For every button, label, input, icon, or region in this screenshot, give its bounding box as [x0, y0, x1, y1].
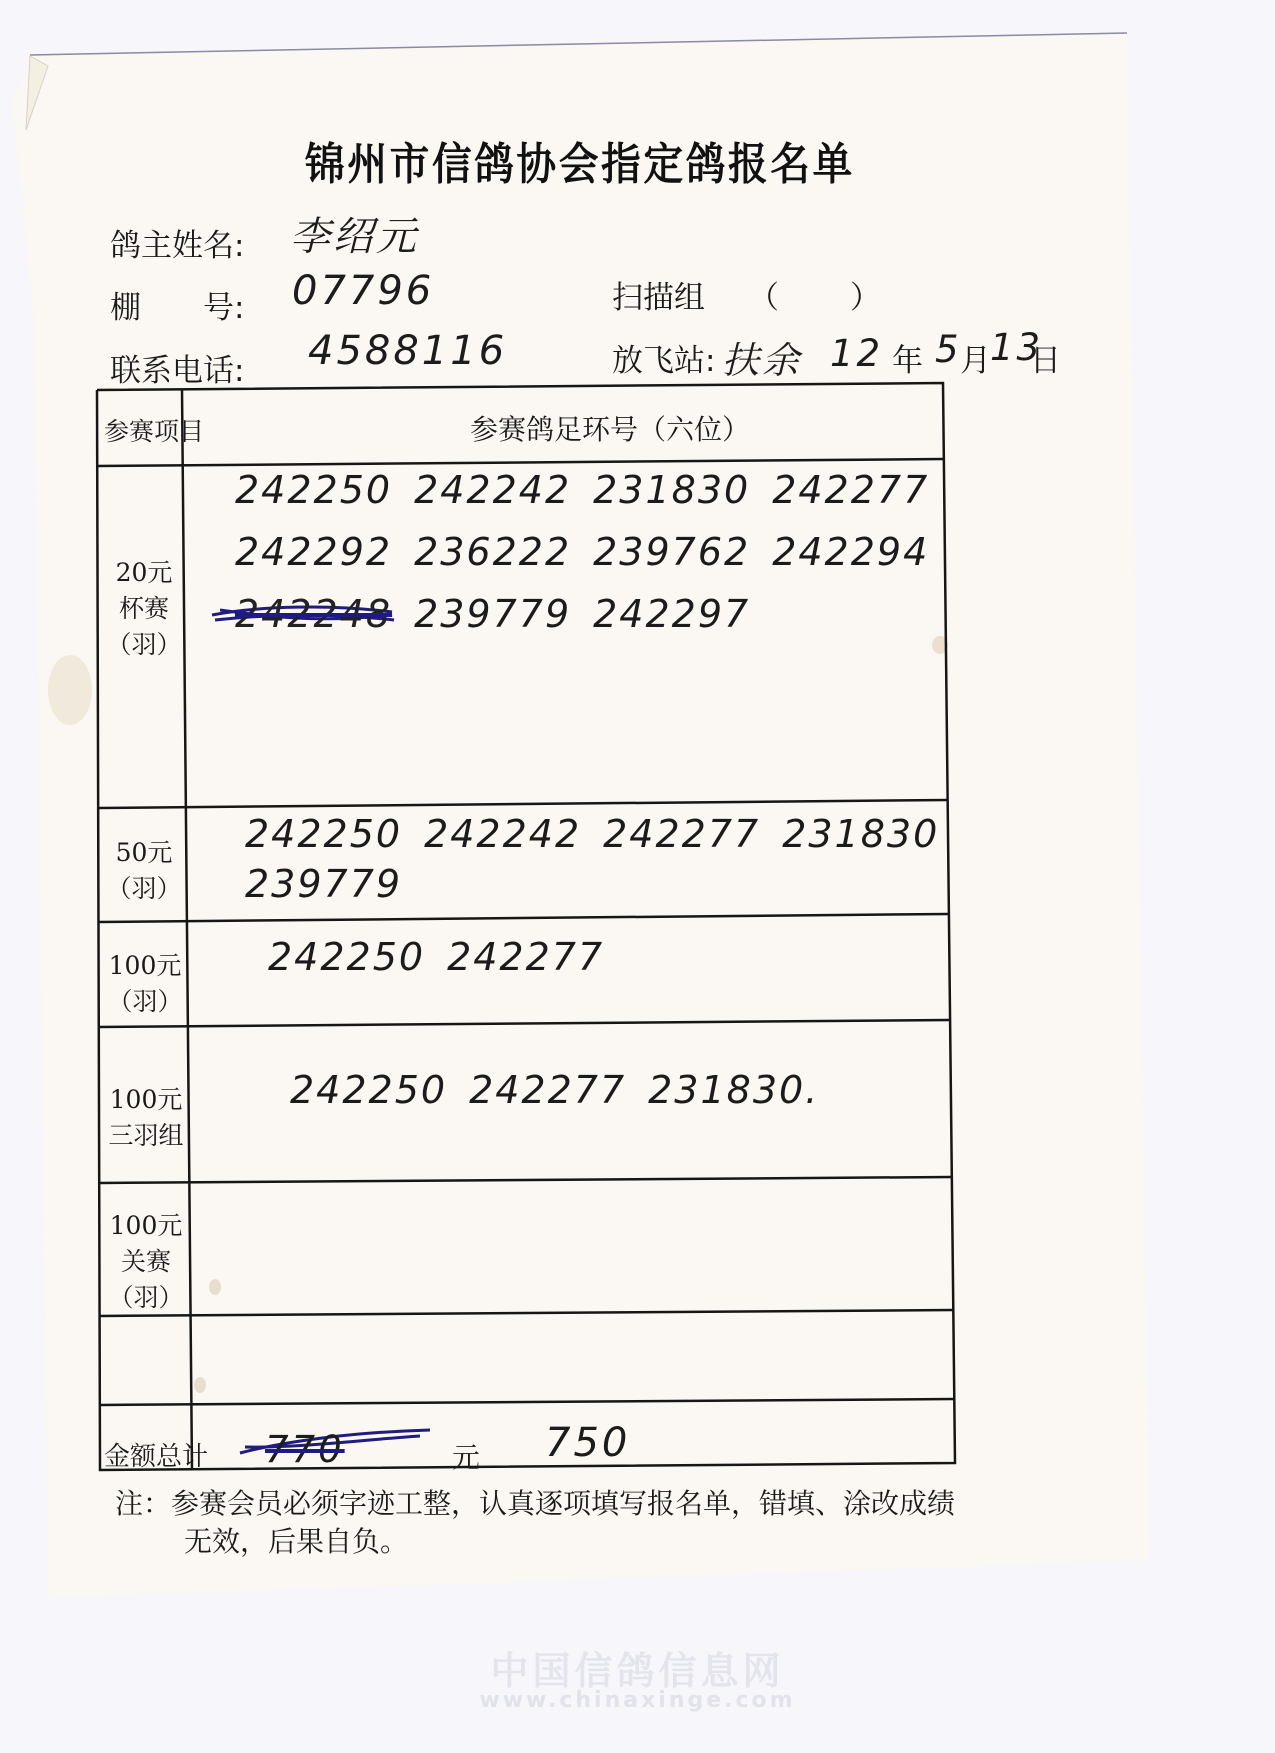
category-label-line: 三羽组	[104, 1118, 188, 1154]
ring-number-line: 242250242242242277231830	[245, 812, 961, 856]
release-station-value[interactable]: 扶余	[722, 330, 802, 384]
ring-number[interactable]: 242277	[447, 935, 604, 979]
date-year-label: 年	[892, 335, 923, 380]
ring-number[interactable]: 239779	[245, 862, 402, 906]
ring-number-line: 242250242277	[268, 935, 626, 979]
owner-name-value[interactable]: 李绍元	[290, 205, 419, 262]
header-category: 参赛项目	[104, 412, 204, 448]
date-month-value[interactable]: 5	[935, 328, 962, 371]
ring-number-line: 239779	[245, 862, 424, 906]
form-title: 锦州市信鸽协会指定鸽报名单	[58, 128, 1102, 192]
total-value[interactable]: 750	[545, 1420, 630, 1466]
ring-number[interactable]: 242242	[424, 812, 581, 856]
category-label: 50元（羽）	[104, 835, 184, 907]
category-label-line: 20元	[104, 555, 184, 591]
ring-number[interactable]: 242292	[235, 530, 392, 574]
ring-number-line: 242250242242231830242277	[235, 468, 951, 512]
category-label-line: 50元	[104, 835, 184, 871]
category-label-line: （羽）	[104, 1280, 188, 1316]
form-sheet: 锦州市信鸽协会指定鸽报名单 鸽主姓名: 李绍元 棚 号: 07796 联系电话:…	[0, 0, 1275, 1753]
category-label-line: 100元	[104, 1082, 188, 1118]
total-label: 金额总计	[104, 1436, 208, 1473]
category-label-line: 杯赛	[104, 591, 184, 627]
date-month-label: 月	[960, 335, 991, 380]
release-station-label: 放飞站:	[612, 335, 715, 380]
scan-group-open-paren: （	[748, 272, 779, 317]
ring-number-struck[interactable]: 242248	[235, 592, 392, 636]
scan-group-label: 扫描组	[612, 272, 705, 317]
category-label-line: （羽）	[104, 627, 184, 663]
category-label: 100元关赛（羽）	[104, 1208, 188, 1316]
scan-group-close-paren: ）	[850, 272, 881, 317]
ring-number[interactable]: 242277	[603, 812, 760, 856]
total-struck-value: 770	[265, 1428, 345, 1471]
ring-number-line: 242250242277231830.	[290, 1068, 841, 1112]
phone-value[interactable]: 4588116	[308, 328, 507, 374]
ring-number[interactable]: 242277	[772, 468, 929, 512]
loft-no-label: 棚 号:	[110, 282, 244, 327]
ring-number[interactable]: 231830	[593, 468, 750, 512]
owner-name-label: 鸽主姓名:	[110, 220, 244, 265]
category-label-line: 关赛	[104, 1244, 188, 1280]
watermark-site-name: 中国信鸽信息网	[0, 1640, 1275, 1695]
note-line-2: 无效，后果自负。	[184, 1523, 408, 1561]
ring-number[interactable]: 242250	[235, 468, 392, 512]
watermark-url: www.chinaxinge.com	[0, 1688, 1275, 1713]
ring-number[interactable]: 242250	[290, 1068, 447, 1112]
ring-number[interactable]: 242294	[772, 530, 929, 574]
header-ring-numbers: 参赛鸽足环号（六位）	[470, 408, 750, 448]
total-unit: 元	[452, 1436, 480, 1476]
category-label-line: 100元	[104, 1208, 188, 1244]
loft-no-value[interactable]: 07796	[292, 268, 434, 314]
ring-number[interactable]: 242242	[414, 468, 571, 512]
ring-number[interactable]: 239762	[593, 530, 750, 574]
ring-number[interactable]: 236222	[414, 530, 571, 574]
date-day-label: 日	[1030, 335, 1061, 380]
ring-number-line: 242292236222239762242294	[235, 530, 951, 574]
ring-number[interactable]: 239779	[414, 592, 571, 636]
ring-number-line: 242248239779242297	[235, 592, 772, 636]
category-label-line: 100元	[104, 948, 186, 984]
ring-number[interactable]: 231830.	[648, 1068, 819, 1112]
date-year-value[interactable]: 12	[830, 332, 883, 375]
ring-number[interactable]: 231830	[782, 812, 939, 856]
category-label: 100元（羽）	[104, 948, 186, 1020]
category-label-line: （羽）	[104, 984, 186, 1020]
phone-label: 联系电话:	[110, 345, 244, 390]
ring-number[interactable]: 242250	[245, 812, 402, 856]
category-label: 20元杯赛（羽）	[104, 555, 184, 663]
ring-number[interactable]: 242297	[593, 592, 750, 636]
ring-number[interactable]: 242250	[268, 935, 425, 979]
note-line-1: 注：参赛会员必须字迹工整，认真逐项填写报名单，错填、涂改成绩	[115, 1485, 955, 1523]
category-label-line: （羽）	[104, 871, 184, 907]
ring-number[interactable]: 242277	[469, 1068, 626, 1112]
category-label: 100元三羽组	[104, 1082, 188, 1154]
